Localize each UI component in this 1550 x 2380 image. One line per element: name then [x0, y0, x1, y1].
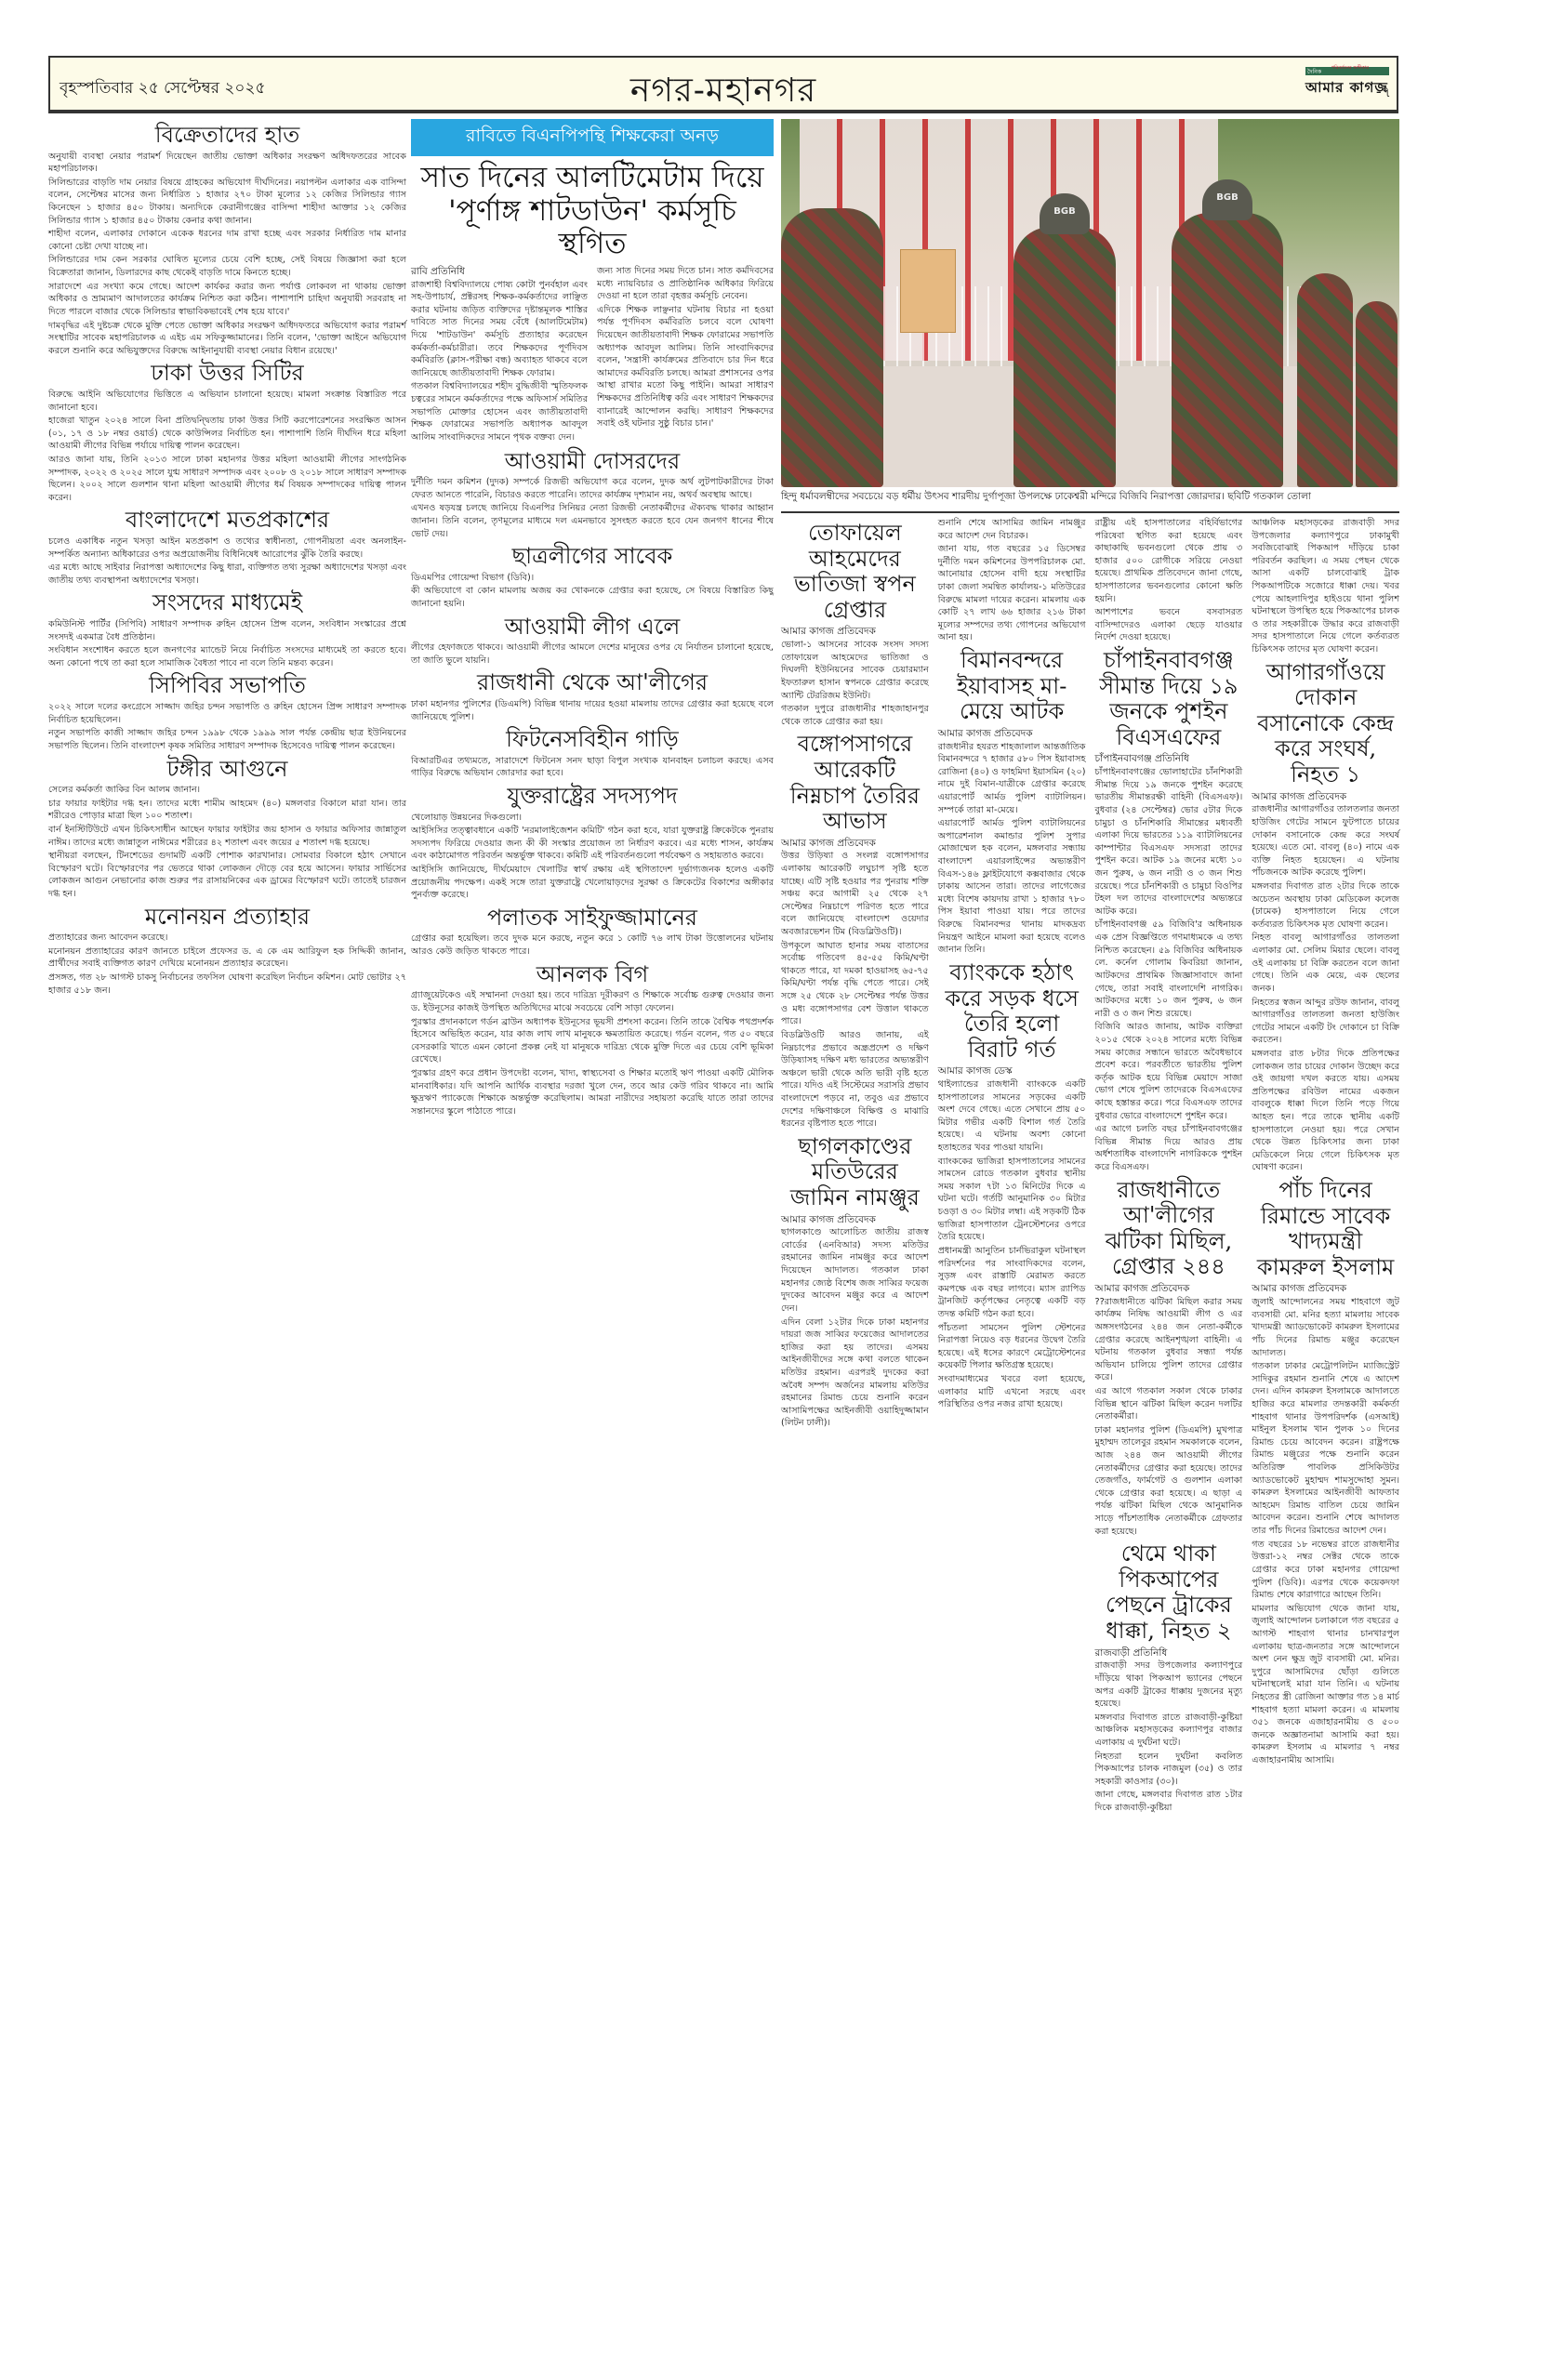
article-headline: আওয়ামী লীগ এলে: [411, 615, 774, 641]
story-paragraph: চাঁপাইনবাবগঞ্জের ভোলাহাটের চাঁনশিকারী সী…: [1095, 766, 1243, 918]
story-paragraph: গতকাল ঢাকার মেট্রোপলিটন ম্যাজিস্ট্রেট সা…: [1252, 1360, 1399, 1538]
story-headline: বিমানবন্দরে ইয়াবাসহ মা-মেয়ে আটক: [938, 648, 1086, 725]
story-paragraph: গত বছরের ১৮ নভেম্বর রাতে রাজধানীর উত্তরা…: [1252, 1539, 1399, 1602]
story-paragraph: উপকূলে আঘাত হানার সময় বাতাসের সর্বোচ্চ …: [781, 940, 929, 1028]
news-story: চাঁপাইনবাবগঞ্জ সীমান্ত দিয়ে ১৯ জনকে পুশ…: [1095, 648, 1243, 1174]
story-paragraph: বিডব্লিউওটি আরও জানায়, এই নিম্নচাপের প্…: [781, 1029, 929, 1130]
photo-caption: হিন্দু ধর্মাবলম্বীদের সবচেয়ে বড় ধর্মীয…: [781, 487, 1399, 513]
article-paragraph: বিআরটিএর তথ্যমতে, সারাদেশে ফিটনেস সনদ ছা…: [411, 755, 774, 780]
story-byline: আমার কাগজ প্রতিবেদক: [781, 837, 929, 851]
story-byline: আমার কাগজ প্রতিবেদক: [938, 727, 1086, 741]
story-paragraph: গতকাল দুপুরে রাজধানীর শাহজাহানপুর থেকে ত…: [781, 703, 929, 728]
story-headline: রাজধানীতে আ'লীগের ঝটিকা মিছিল, গ্রেপ্তার…: [1095, 1178, 1243, 1280]
article: বিক্রেতাদের হাতঅনুযায়ী ব্যবস্থা নেয়ার …: [48, 123, 406, 357]
news-story: তোফায়েল আহমেদের ভাতিজা স্বপন গ্রেপ্তারআ…: [781, 521, 929, 728]
article-paragraph: মনোনয়ন প্রত্যাহারের কারণ জানতে চাইলে প্…: [48, 945, 406, 971]
story-paragraph: রাষ্ট্রীয় এই হাসপাতালের বহির্বিভাগের পর…: [1095, 517, 1243, 605]
story-paragraph: নিহত বাবলু আগারগাঁওর তালতলা এলাকার মো. স…: [1252, 932, 1399, 995]
story-paragraph: রাজধানীর হযরত শাহজালাল আন্তর্জাতিক বিমান…: [938, 741, 1086, 817]
story-paragraph: জানা যায়, গত বছরের ১৫ ডিসেম্বর দুর্নীতি…: [938, 543, 1086, 644]
logo-tagline: পরিবর্তনের অঙ্গীকার: [1331, 65, 1369, 73]
article-paragraph: ঢাকা মহানগর পুলিশের (ডিএমপি) বিভিন্ন থান…: [411, 698, 774, 723]
article-paragraph: সারাদেশে এর সংখ্যা কমে গেছে। আদেশ কার্যক…: [48, 281, 406, 319]
news-story: পাঁচ দিনের রিমান্ডে সাবেক খাদ্যমন্ত্রী ক…: [1252, 1178, 1399, 1767]
story-paragraph: রাজধানীর আগারগাঁওর তালতলার জনতা হাউজিং গ…: [1252, 803, 1399, 879]
story-paragraph: এর আগে গতকাল সকাল থেকে ঢাকার বিভিন্ন স্থ…: [1095, 1385, 1243, 1423]
lead-headline: সাত দিনের আলটিমেটাম দিয়ে 'পূর্ণাঙ্গ শাট…: [411, 162, 774, 261]
story-paragraph: নিহতের স্বজন আব্দুর রউফ জানান, বাবলু আগা…: [1252, 997, 1399, 1047]
story-headline: আগারগাঁওয়ে দোকান বসানোকে কেন্দ্র করে সং…: [1252, 660, 1399, 788]
article-paragraph: কমিউনিস্ট পার্টির (সিপিবি) সাধারণ সম্পাদ…: [48, 618, 406, 643]
soldier-figure: [781, 208, 883, 487]
news-column: শুনানি শেষে আসামির জামিন নামঞ্জুর করে আদ…: [938, 517, 1086, 1816]
helmet-icon: BGB: [1202, 179, 1252, 220]
article-headline: ফিটনেসবিহীন গাড়ি: [411, 727, 774, 753]
lead-story-col-1: রাবি প্রতিনিধিরাজশাহী বিশ্ববিদ্যালয়ে পো…: [411, 265, 588, 445]
article-headline: ঢাকা উত্তর সিটির: [48, 361, 406, 387]
article-paragraph: কী অভিযোগে বা কোন মামলায় অজয় কর খোকনকে…: [411, 585, 774, 610]
article-paragraph: নতুন সভাপতি কাজী সাজ্জাদ জহির চন্দন ১৯৯৮…: [48, 727, 406, 752]
article-paragraph: শাহীদা বলেন, এলাকার দোকানে একেক ধরনের দা…: [48, 228, 406, 253]
soldier-figure: [1297, 273, 1353, 487]
article-headline: বাংলাদেশে মতপ্রকাশের: [48, 508, 406, 534]
article-paragraph: বার্ন ইনস্টিটিউটে এখন চিকিৎসাধীন আছেন ফা…: [48, 824, 406, 849]
article-paragraph: আইসিসি জানিয়েছে, দীর্ঘমেয়াদে খেলাটির স…: [411, 864, 774, 902]
page-number: -৭: [1376, 80, 1391, 105]
article: টঙ্গীর আগুনেসেলের কর্মকর্তা জাকির বিন আল…: [48, 757, 406, 901]
article-paragraph: ২০২২ সালে দলের কংগ্রেসে সাজ্জাদ জহির চন্…: [48, 701, 406, 726]
story-paragraph: ঢাকা মহানগর পুলিশ (ডিএমপি) মুখপাত্র মুহা…: [1095, 1424, 1243, 1538]
article-paragraph: খেলোয়াড় উন্নয়নের দিকগুলো।: [411, 812, 774, 825]
article-paragraph: সিলিন্ডারের বাড়তি দাম নেয়ার বিষয়ে গ্র…: [48, 177, 406, 227]
story-byline: চাঁপাইনবাবগঞ্জ প্রতিনিধি: [1095, 752, 1243, 766]
story-paragraph: আশপাশের ভবনে বসবাসরত বাসিন্দাদেরও এলাকা …: [1095, 606, 1243, 644]
story-paragraph: ??রাজধানীতে ঝটিকা মিছিল করার সময় কার্যক…: [1095, 1296, 1243, 1384]
article-headline: সিপিবির সভাপতি: [48, 673, 406, 699]
article-paragraph: গ্রেপ্তার করা হয়েছিল। তবে দুদক মনে করছে…: [411, 932, 774, 958]
story-paragraph: মঙ্গলবার রাত ৮টার দিকে প্রতিপক্ষের লোকজন…: [1252, 1048, 1399, 1174]
article: আওয়ামী লীগ এলেলীগের হেফাজতে থাকবে। আওয়…: [411, 615, 774, 668]
helmet-icon: BGB: [1040, 193, 1090, 234]
article-paragraph: প্রত্যাহারের জন্য আবেদন করেছে।: [48, 932, 406, 945]
story-byline: রাজবাড়ী প্রতিনিধি: [1095, 1646, 1243, 1660]
news-story: আগারগাঁওয়ে দোকান বসানোকে কেন্দ্র করে সং…: [1252, 660, 1399, 1174]
story-paragraph: নিহতরা হলেন দুর্ঘটনা কবলিত পিকআপের চালক …: [1095, 1751, 1243, 1789]
lead-story-body: রাবি প্রতিনিধিরাজশাহী বিশ্ববিদ্যালয়ে পো…: [411, 265, 774, 445]
left-column: বিক্রেতাদের হাতঅনুযায়ী ব্যবস্থা নেয়ার …: [48, 119, 406, 998]
article-paragraph: স্থানীয়রা বলছেন, টিনশেডের গুদামটি একটি …: [48, 850, 406, 900]
article-headline: পলাতক সাইফুজ্জামানের: [411, 906, 774, 932]
story-paragraph: সংবাদমাধ্যমের খবরে বলা হয়েছে, এলাকার মা…: [938, 1373, 1086, 1411]
story-byline: আমার কাগজ প্রতিবেদক: [1252, 790, 1399, 804]
soldier-figure: BGB: [1013, 227, 1116, 487]
article-headline: যুক্তরাষ্ট্রের সদস্যপদ: [411, 784, 774, 810]
section-title: নগর-মহানগর: [50, 65, 1397, 121]
story-headline: তোফায়েল আহমেদের ভাতিজা স্বপন গ্রেপ্তার: [781, 521, 929, 623]
news-story: ছাগলকাণ্ডের মতিউরের জামিন নামঞ্জুরআমার ক…: [781, 1134, 929, 1430]
story-headline: ছাগলকাণ্ডের মতিউরের জামিন নামঞ্জুর: [781, 1134, 929, 1211]
soldier-figure: BGB: [1172, 213, 1283, 487]
article: যুক্তরাষ্ট্রের সদস্যপদখেলোয়াড় উন্নয়নে…: [411, 784, 774, 902]
article-paragraph: গ্র্যাজুয়েটকেও এই সম্মাননা দেওয়া হয়। …: [411, 989, 774, 1014]
article-headline: মনোনয়ন প্রত্যাহার: [48, 905, 406, 931]
article-paragraph: চার ফায়ার ফাইটার দগ্ধ হন। তাদের মধ্যে শ…: [48, 798, 406, 823]
story-paragraph: এদিন বেলা ১২টার দিকে ঢাকা মহানগর দায়রা …: [781, 1316, 929, 1430]
story-paragraph: রাজবাড়ী সদর উপজেলার কল্যাণপুরে দাঁড়িয়…: [1095, 1659, 1243, 1710]
article-paragraph: রাজশাহী বিশ্ববিদ্যালয়ে পোষ্য কোটা পুনর্…: [411, 279, 588, 380]
article-paragraph: এদিকে শিক্ষক লাঞ্ছনার ঘটনায় বিচার না হও…: [597, 304, 774, 430]
story-paragraph: জুলাই আন্দোলনের সময় শাহবাগে জুট ব্যবসায…: [1252, 1296, 1399, 1359]
article-paragraph: সিলিন্ডারের দাম কেন সরকার ঘোষিত মূল্যের …: [48, 254, 406, 279]
story-paragraph: শুনানি শেষে আসামির জামিন নামঞ্জুর করে আদ…: [938, 517, 1086, 542]
article: সিপিবির সভাপতি২০২২ সালে দলের কংগ্রেসে সা…: [48, 673, 406, 752]
article-headline: আওয়ামী দোসরদের: [411, 449, 774, 475]
lead-kicker: রাবিতে বিএনপিপন্থি শিক্ষকেরা অনড়: [411, 119, 774, 156]
article: আওয়ামী দোসরদেরদুর্নীতি দমন কমিশন (দুদক)…: [411, 449, 774, 541]
story-paragraph: বিজিবি আরও জানায়, আটক ব্যক্তিরা ২০১৫ থে…: [1095, 1021, 1243, 1122]
article-paragraph: সেলের কর্মকর্তা জাকির বিন আলম জানান।: [48, 784, 406, 797]
article-paragraph: সংবিধান সংশোধন করতে হলে জনগণের ম্যান্ডেট…: [48, 644, 406, 669]
story-paragraph: মামলার অভিযোগ থেকে জানা যায়, জুলাই আন্দ…: [1252, 1603, 1399, 1767]
article-paragraph: হাজেরা খাতুন ২০২৪ সালে বিনা প্রতিদ্বন্দ্…: [48, 415, 406, 453]
story-paragraph: ভোলা-১ আসনের সাবেক সংসদ সদস্য তোফায়েল আ…: [781, 639, 929, 702]
story-byline: আমার কাগজ প্রতিবেদক: [781, 1213, 929, 1227]
article: ফিটনেসবিহীন গাড়িবিআরটিএর তথ্যমতে, সারাদ…: [411, 727, 774, 780]
article-headline: আনলক বিগ: [411, 962, 774, 988]
article-paragraph: পুরস্কার গ্রহণ করে প্রধান উপদেষ্টা বলেন,…: [411, 1067, 774, 1117]
story-paragraph: এর আগে চলতি বছর চাঁপাইনবাবগঞ্জের বিভিন্ন…: [1095, 1123, 1243, 1173]
article: বাংলাদেশে মতপ্রকাশেরচলেও একাধিক নতুন খসড…: [48, 508, 406, 587]
lead-headline-line2: 'পূর্ণাঙ্গ শাটডাউন' কর্মসূচি স্থগিত: [411, 195, 774, 261]
article-paragraph: ডিএমপির গোয়েন্দা বিভাগ (ডিবি)।: [411, 572, 774, 585]
article: ছাত্রলীগের সাবেকডিএমপির গোয়েন্দা বিভাগ …: [411, 544, 774, 610]
news-story: বঙ্গোপসাগরে আরেকটি নিম্নচাপ তৈরির আভাসআম…: [781, 732, 929, 1130]
story-paragraph: থাইল্যান্ডের রাজধানী ব্যাংককে একটি হাসপা…: [938, 1078, 1086, 1155]
story-headline: পাঁচ দিনের রিমান্ডে সাবেক খাদ্যমন্ত্রী ক…: [1252, 1178, 1399, 1280]
article: রাজধানী থেকে আ'লীগেরঢাকা মহানগর পুলিশের …: [411, 670, 774, 723]
story-byline: আমার কাগজ ডেস্ক: [938, 1064, 1086, 1078]
story-byline: আমার কাগজ প্রতিবেদক: [1252, 1282, 1399, 1296]
right-column: BGB BGB হিন্দু ধর্মাবলম্বীদের সবচেয়ে বড…: [781, 119, 1399, 1816]
article-paragraph: প্রসঙ্গত, গত ২৮ আগস্ট চাকসু নির্বাচনের ত…: [48, 972, 406, 997]
story-paragraph: ব্যাংককের ভাজিরা হাসপাতালের সামনের সামসে…: [938, 1156, 1086, 1244]
article-paragraph: বিরুদ্ধে আইনি অভিযোগের ভিত্তিতে এ অভিযান…: [48, 389, 406, 414]
article: আনলক বিগগ্র্যাজুয়েটকেও এই সম্মাননা দেওয…: [411, 962, 774, 1118]
news-column: রাষ্ট্রীয় এই হাসপাতালের বহির্বিভাগের পর…: [1095, 517, 1243, 1816]
article-headline: টঙ্গীর আগুনে: [48, 757, 406, 783]
newspaper-logo: দৈনিক পরিবর্তনের অঙ্গীকার আমার কাগজ -৭: [1305, 67, 1389, 104]
story-headline: বঙ্গোপসাগরে আরেকটি নিম্নচাপ তৈরির আভাস: [781, 732, 929, 834]
article-paragraph: পুরস্কার প্রদানকালে গর্ডন ব্রাউন অধ্যাপক…: [411, 1016, 774, 1066]
news-photo: BGB BGB: [781, 119, 1399, 487]
middle-column: রাবিতে বিএনপিপন্থি শিক্ষকেরা অনড় সাত দি…: [411, 119, 774, 1118]
article-paragraph: দামবৃদ্ধির এই দুষ্টচক্র থেকে মুক্তি পেতে…: [48, 320, 406, 358]
story-paragraph: চাঁপাইনবাবগঞ্জ ৫৯ বিজিবি'র অধিনায়ক এক প…: [1095, 919, 1243, 1020]
news-story: রাষ্ট্রীয় এই হাসপাতালের বহির্বিভাগের পর…: [1095, 517, 1243, 644]
story-headline: থেমে থাকা পিকআপের পেছনে ট্রাকের ধাক্কা, …: [1095, 1541, 1243, 1644]
story-paragraph: উত্তর উড়িষ্যা ও সংলগ্ন বঙ্গোপসাগর এলাকা…: [781, 850, 929, 938]
news-column: তোফায়েল আহমেদের ভাতিজা স্বপন গ্রেপ্তারআ…: [781, 517, 929, 1816]
lead-story-col-2: জন্য সাত দিনের সময় দিতে চান। সাত কর্মদি…: [597, 265, 774, 445]
story-paragraph: এয়ারপোর্ট আর্মড পুলিশ ব্যাটালিয়নের অপা…: [938, 817, 1086, 957]
news-story: ব্যাংককে হঠাৎ করে সড়ক ধসে তৈরি হলো বিরা…: [938, 960, 1086, 1411]
article-headline: বিক্রেতাদের হাত: [48, 123, 406, 149]
article-paragraph: আইসিসির তত্ত্বাবধানে একটি 'নরমালাইজেশন ক…: [411, 825, 774, 863]
article-paragraph: অনুযায়ী ব্যবস্থা নেয়ার পরামর্শ দিয়েছে…: [48, 151, 406, 176]
article-paragraph: দুর্নীতি দমন কমিশন (দুদক) সম্পর্কে রিজভী…: [411, 476, 774, 501]
story-paragraph: ছাগলকাণ্ডে আলোচিত জাতীয় রাজস্ব বোর্ডের …: [781, 1226, 929, 1315]
story-paragraph: মঙ্গলবার দিবাগত রাত ২টার দিকে তাকে অচেতন…: [1252, 880, 1399, 931]
document-sheet: [900, 249, 956, 333]
article-headline: ছাত্রলীগের সাবেক: [411, 544, 774, 570]
right-news-columns: তোফায়েল আহমেদের ভাতিজা স্বপন গ্রেপ্তারআ…: [781, 517, 1399, 1816]
news-story: রাজধানীতে আ'লীগের ঝটিকা মিছিল, গ্রেপ্তার…: [1095, 1178, 1243, 1539]
article-paragraph: আরও জানা যায়, তিনি ২০১৩ সালে ঢাকা মহানগ…: [48, 454, 406, 504]
story-paragraph: আঞ্চলিক মহাসড়কের রাজবাড়ী সদর উপজেলার ক…: [1252, 517, 1399, 656]
story-paragraph: জানা গেছে, মঙ্গলবার দিবাগত রাত ১টার দিকে…: [1095, 1789, 1243, 1814]
lead-headline-line1: সাত দিনের আলটিমেটাম দিয়ে: [411, 162, 774, 195]
news-story: বিমানবন্দরে ইয়াবাসহ মা-মেয়ে আটকআমার কা…: [938, 648, 1086, 957]
story-byline: আমার কাগজ প্রতিবেদক: [1095, 1282, 1243, 1296]
story-paragraph: প্রধানমন্ত্রী আনুতিন চার্নভিরাকুল ঘটনাস্…: [938, 1245, 1086, 1321]
article-paragraph: চলেও একাধিক নতুন খসড়া আইন মতপ্রকাশ ও তথ…: [48, 535, 406, 561]
middle-articles: আওয়ামী দোসরদেরদুর্নীতি দমন কমিশন (দুদক)…: [411, 449, 774, 1118]
story-paragraph: মঙ্গলবার দিবাগত রাতে রাজবাড়ী-কুষ্টিয়া …: [1095, 1712, 1243, 1750]
soldier-figure: [1356, 301, 1398, 487]
news-story: আঞ্চলিক মহাসড়কের রাজবাড়ী সদর উপজেলার ক…: [1252, 517, 1399, 656]
article-paragraph: লীগের হেফাজতে থাকবে। আওয়ামী লীগের আমলে …: [411, 641, 774, 667]
news-column: আঞ্চলিক মহাসড়কের রাজবাড়ী সদর উপজেলার ক…: [1252, 517, 1399, 1816]
article-paragraph: গতকাল বিশ্ববিদ্যালয়ের শহীদ বুদ্ধিজীবী স…: [411, 380, 588, 443]
article-headline: সংসদের মাধ্যমেই: [48, 590, 406, 616]
article: মনোনয়ন প্রত্যাহারপ্রত্যাহারের জন্য আবেদ…: [48, 905, 406, 998]
news-story: শুনানি শেষে আসামির জামিন নামঞ্জুর করে আদ…: [938, 517, 1086, 644]
article-paragraph: জন্য সাত দিনের সময় দিতে চান। সাত কর্মদি…: [597, 265, 774, 303]
story-headline: ব্যাংককে হঠাৎ করে সড়ক ধসে তৈরি হলো বিরা…: [938, 960, 1086, 1063]
article-headline: রাজধানী থেকে আ'লীগের: [411, 670, 774, 696]
article-paragraph: এর মধ্যে আছে সাইবার নিরাপত্তা অধ্যাদেশের…: [48, 562, 406, 587]
article: সংসদের মাধ্যমেইকমিউনিস্ট পার্টির (সিপিবি…: [48, 590, 406, 669]
article-paragraph: এখনও ষড়যন্ত্র চলছে জানিয়ে বিএনপির সিনি…: [411, 502, 774, 540]
article: পলাতক সাইফুজ্জামানেরগ্রেপ্তার করা হয়েছি…: [411, 906, 774, 959]
story-byline: আমার কাগজ প্রতিবেদক: [781, 625, 929, 639]
story-headline: চাঁপাইনবাবগঞ্জ সীমান্ত দিয়ে ১৯ জনকে পুশ…: [1095, 648, 1243, 750]
story-paragraph: পাঁচতলা সামসেন পুলিশ স্টেশনের নিরাপত্তা …: [938, 1322, 1086, 1372]
masthead: বৃহস্পতিবার ২৫ সেপ্টেম্বর ২০২৫ নগর-মহানগ…: [48, 56, 1398, 113]
news-story: থেমে থাকা পিকআপের পেছনে ট্রাকের ধাক্কা, …: [1095, 1541, 1243, 1814]
article: ঢাকা উত্তর সিটিরবিরুদ্ধে আইনি অভিযোগের ভ…: [48, 361, 406, 504]
byline: রাবি প্রতিনিধি: [411, 265, 588, 279]
